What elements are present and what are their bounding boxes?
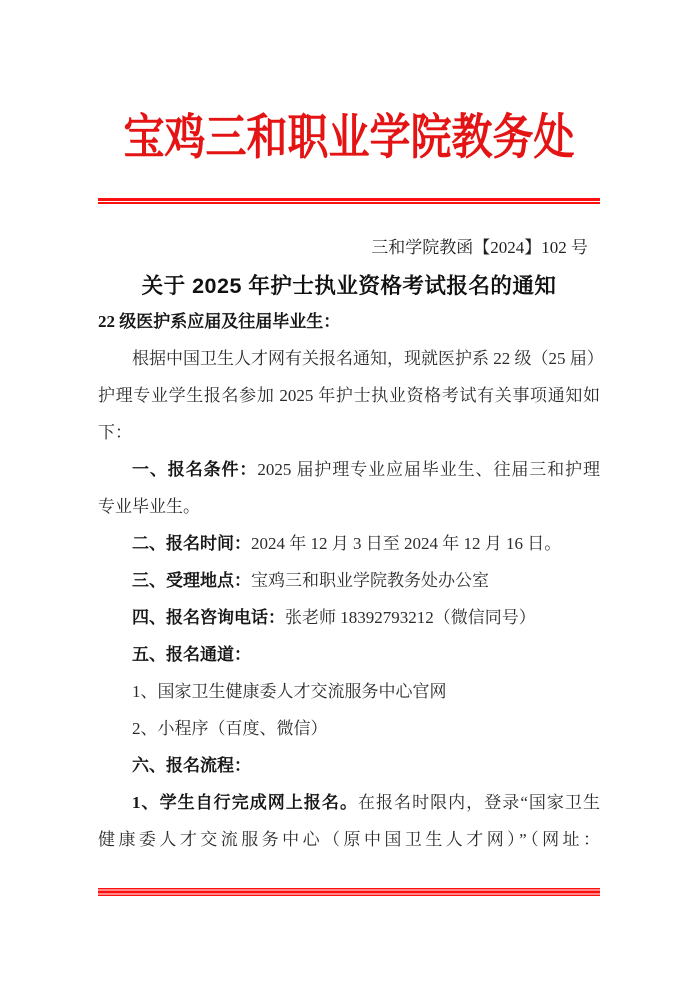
body-line: 健康委人才交流服务中心（原中国卫生人才网）”（网址： [98,821,600,858]
text-segment: 在报名时限内，登录“国家卫生 [358,793,600,812]
bold-text-segment: 四、报名咨询电话： [132,608,285,627]
text-segment: 1、国家卫生健康委人才交流服务中心官网 [132,682,447,701]
body-line: 五、报名通道： [98,636,600,673]
document-page: 宝鸡三和职业学院教务处 三和学院教函【2024】102 号 关于 2025 年护… [0,0,700,990]
body-line: 六、报名流程： [98,747,600,784]
text-segment: 根据中国卫生人才网有关报名通知，现就医护系 22 级（25 届） [132,349,600,368]
body-line: 根据中国卫生人才网有关报名通知，现就医护系 22 级（25 届） [98,340,600,377]
text-segment: 2025 届护理专业应届毕业生、往届三和护理 [257,460,600,479]
bold-text-segment: 五、报名通道： [132,645,251,664]
footer-divider-rule [98,888,600,896]
bold-text-segment: 二、报名时间： [132,534,251,553]
body-line: 2、小程序（百度、微信） [98,710,600,747]
body-line: 专业毕业生。 [98,488,600,525]
text-segment: 张老师 18392793212（微信同号） [285,608,536,627]
text-segment: 2、小程序（百度、微信） [132,719,328,738]
notice-title: 关于 2025 年护士执业资格考试报名的通知 [98,271,600,301]
body-line: 三、受理地点：宝鸡三和职业学院教务处办公室 [98,562,600,599]
body-line: 护理专业学生报名参加 2025 年护士执业资格考试有关事项通知如 [98,377,600,414]
letterhead-title: 宝鸡三和职业学院教务处 [98,106,600,167]
bold-text-segment: 六、报名流程： [132,756,251,775]
body-line: 四、报名咨询电话：张老师 18392793212（微信同号） [98,599,600,636]
notice-body: 22 级医护系应届及往届毕业生：根据中国卫生人才网有关报名通知，现就医护系 22… [98,303,600,858]
text-segment: 专业毕业生。 [98,497,200,516]
bold-text-segment: 1、学生自行完成网上报名。 [132,793,358,812]
body-line: 22 级医护系应届及往届毕业生： [98,303,600,340]
letterhead-divider-rule [98,198,600,204]
body-line: 下： [98,414,600,451]
document-reference-number: 三和学院教函【2024】102 号 [98,237,600,259]
text-segment: 下： [98,423,132,442]
body-line: 一、报名条件：2025 届护理专业应届毕业生、往届三和护理 [98,451,600,488]
text-segment: 宝鸡三和职业学院教务处办公室 [251,571,489,590]
body-line: 二、报名时间：2024 年 12 月 3 日至 2024 年 12 月 16 日… [98,525,600,562]
text-segment: 2024 年 12 月 3 日至 2024 年 12 月 16 日。 [251,534,561,553]
bold-text-segment: 22 级医护系应届及往届毕业生： [98,312,340,331]
text-segment: 健康委人才交流服务中心（原中国卫生人才网）”（网址： [98,830,600,849]
bold-text-segment: 三、受理地点： [132,571,251,590]
body-line: 1、学生自行完成网上报名。在报名时限内，登录“国家卫生 [98,784,600,821]
body-line: 1、国家卫生健康委人才交流服务中心官网 [98,673,600,710]
bold-text-segment: 一、报名条件： [132,460,257,479]
text-segment: 护理专业学生报名参加 2025 年护士执业资格考试有关事项通知如 [98,386,600,405]
